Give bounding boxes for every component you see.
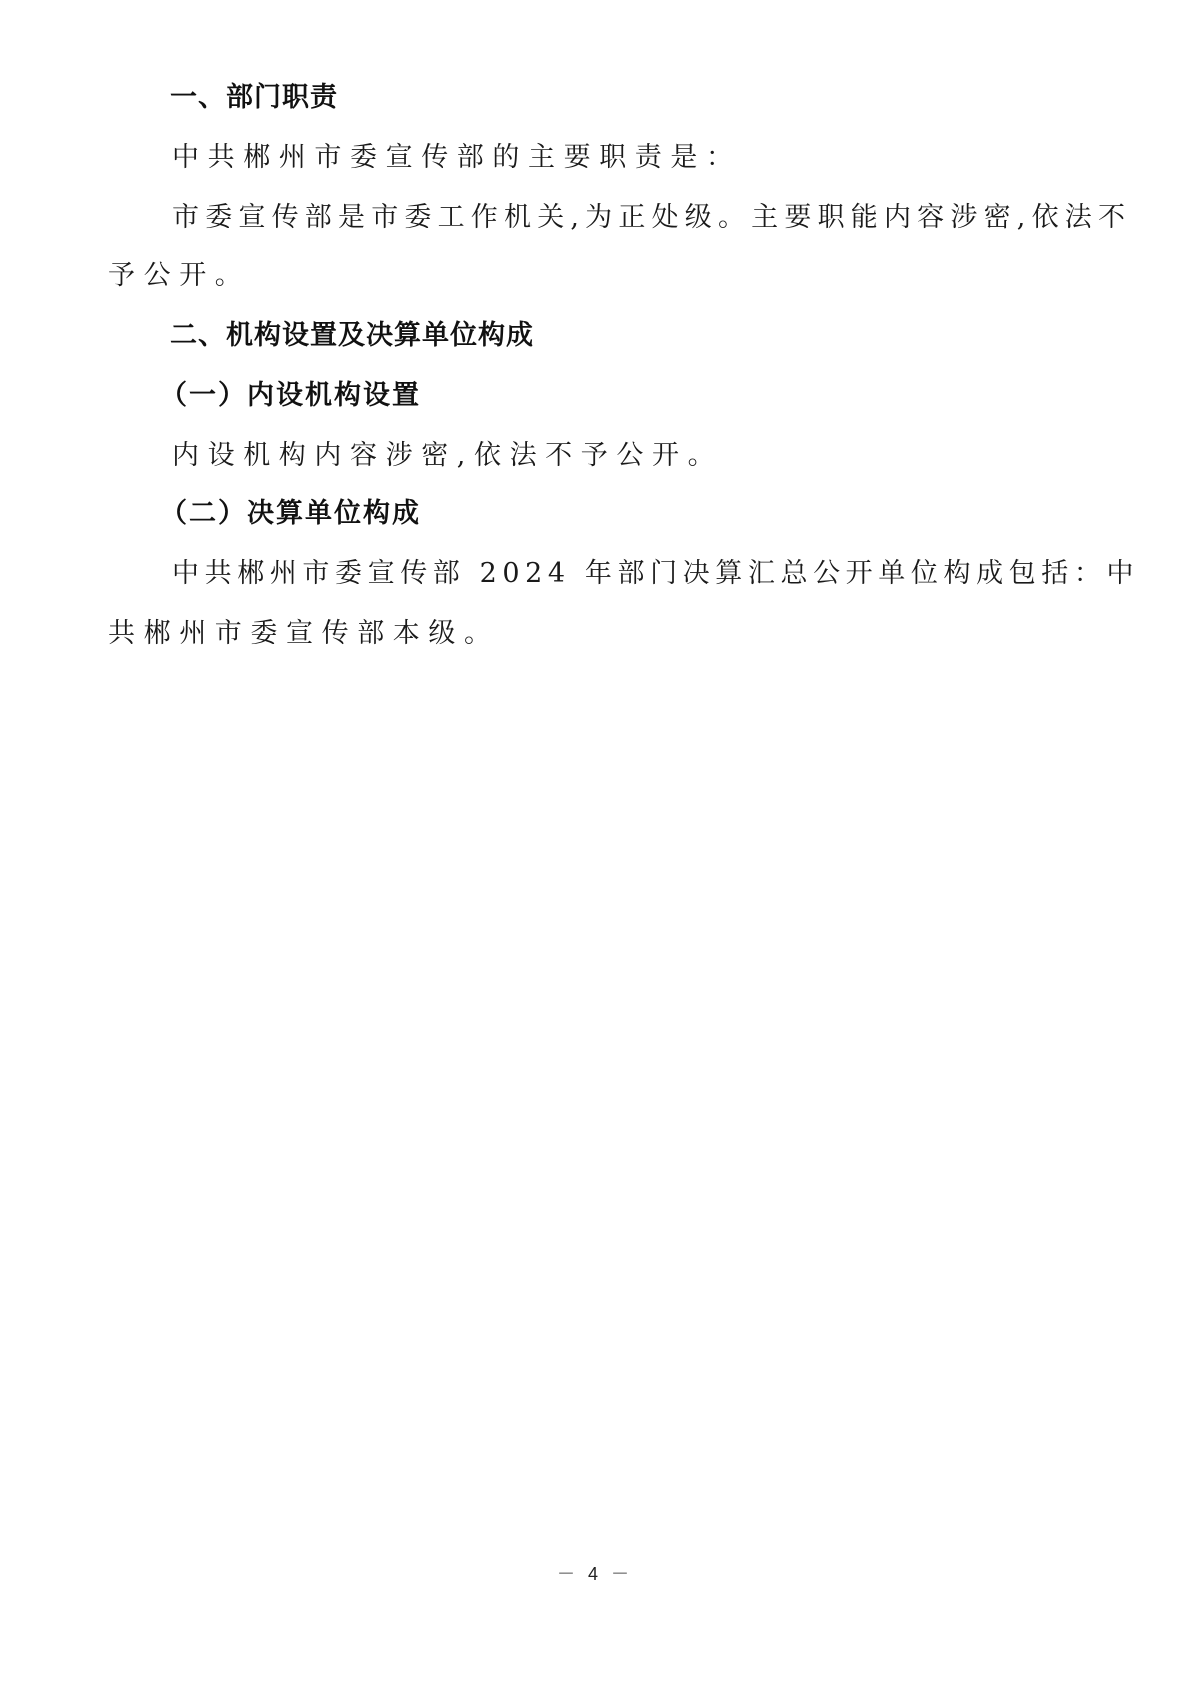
page-number: － 4 － xyxy=(0,1560,1190,1586)
paragraph-accounting-units-line2: 共郴州市委宣传部本级。 xyxy=(108,614,500,654)
section-heading-organization: 二、机构设置及决算单位构成 xyxy=(170,316,534,356)
paragraph-duties-body-line1: 市委宣传部是市委工作机关,为正处级。主要职能内容涉密,依法不 xyxy=(172,198,1131,238)
paragraph-internal-structure: 内设机构内容涉密,依法不予公开。 xyxy=(172,436,723,476)
paragraph-duties-body-line2: 予公开。 xyxy=(108,256,250,296)
paragraph-accounting-units-line1: 中共郴州市委宣传部 2024 年部门决算汇总公开单位构成包括：中 xyxy=(172,554,1139,594)
paragraph-duties-intro: 中共郴州市委宣传部的主要职责是： xyxy=(172,138,742,178)
subsection-heading-internal-structure: （一）内设机构设置 xyxy=(160,376,421,416)
subsection-heading-accounting-units: （二）决算单位构成 xyxy=(160,494,421,534)
document-page: 一、部门职责 中共郴州市委宣传部的主要职责是： 市委宣传部是市委工作机关,为正处… xyxy=(0,0,1190,1683)
section-heading-duties: 一、部门职责 xyxy=(170,78,338,118)
